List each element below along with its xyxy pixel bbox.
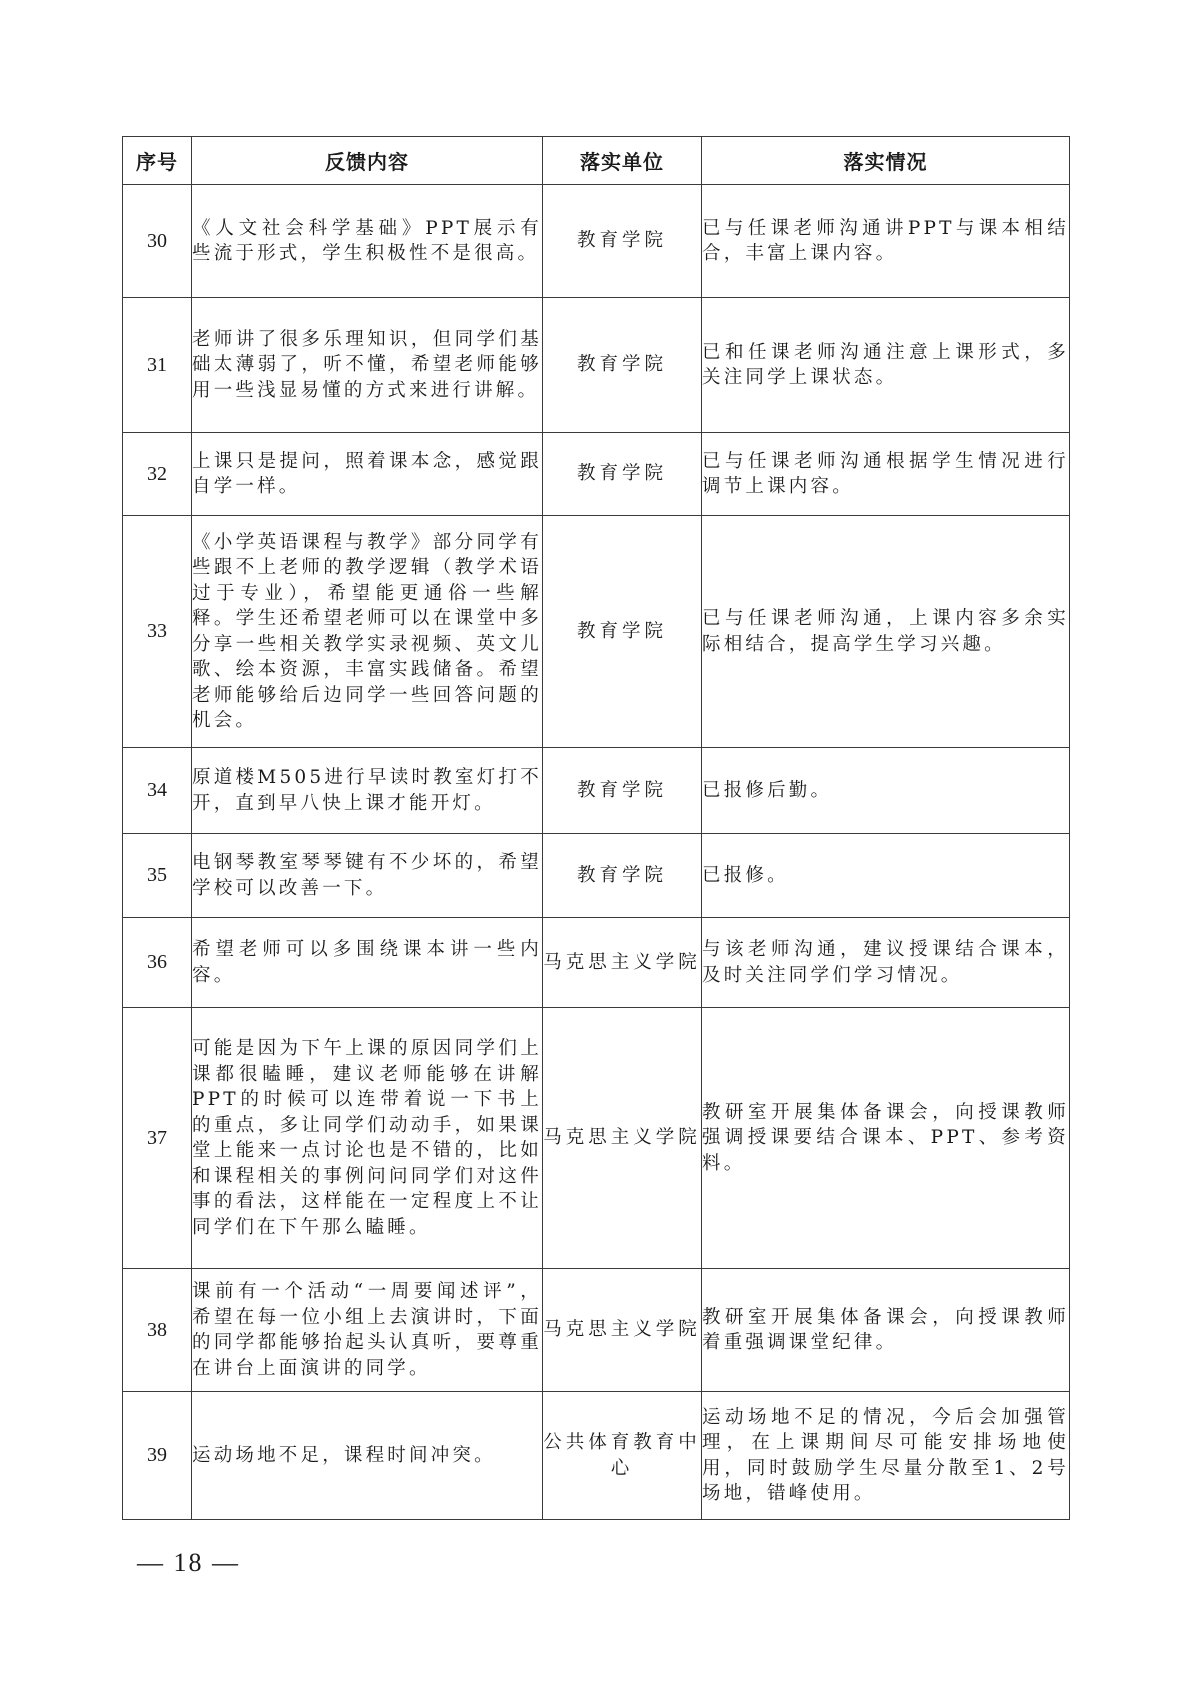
row-serial-number: 33	[123, 516, 192, 748]
row-implementation-status: 教研室开展集体备课会，向授课教师着重强调课堂纪律。	[702, 1269, 1070, 1392]
row-serial-number: 32	[123, 433, 192, 516]
row-responsible-unit: 教育学院	[543, 516, 702, 748]
row-serial-number: 30	[123, 185, 192, 298]
row-implementation-status: 教研室开展集体备课会，向授课教师强调授课要结合课本、PPT、参考资料。	[702, 1008, 1070, 1269]
row-feedback-content: 希望老师可以多围绕课本讲一些内容。	[192, 918, 543, 1008]
row-responsible-unit: 教育学院	[543, 834, 702, 918]
row-responsible-unit: 马克思主义学院	[543, 1008, 702, 1269]
row-feedback-content: 老师讲了很多乐理知识，但同学们基础太薄弱了，听不懂，希望老师能够用一些浅显易懂的…	[192, 298, 543, 433]
row-feedback-content: 可能是因为下午上课的原因同学们上课都很瞌睡，建议老师能够在讲解PPT的时候可以连…	[192, 1008, 543, 1269]
row-implementation-status: 运动场地不足的情况，今后会加强管理，在上课期间尽可能安排场地使用，同时鼓励学生尽…	[702, 1392, 1070, 1520]
header-implementation-status: 落实情况	[702, 137, 1070, 185]
row-serial-number: 35	[123, 834, 192, 918]
row-serial-number: 37	[123, 1008, 192, 1269]
header-serial-number: 序号	[123, 137, 192, 185]
header-responsible-unit: 落实单位	[543, 137, 702, 185]
table-header-row: 序号 反馈内容 落实单位 落实情况	[123, 137, 1070, 185]
table-row: 34 原道楼M505进行早读时教室灯打不开，直到早八快上课才能开灯。 教育学院 …	[123, 748, 1070, 834]
row-feedback-content: 上课只是提问，照着课本念，感觉跟自学一样。	[192, 433, 543, 516]
row-responsible-unit: 教育学院	[543, 748, 702, 834]
row-responsible-unit: 公共体育教育中心	[543, 1392, 702, 1520]
table-row: 36 希望老师可以多围绕课本讲一些内容。 马克思主义学院 与该老师沟通，建议授课…	[123, 918, 1070, 1008]
row-feedback-content: 运动场地不足，课程时间冲突。	[192, 1392, 543, 1520]
row-implementation-status: 已报修。	[702, 834, 1070, 918]
table-row: 35 电钢琴教室琴琴键有不少坏的，希望学校可以改善一下。 教育学院 已报修。	[123, 834, 1070, 918]
row-serial-number: 31	[123, 298, 192, 433]
row-implementation-status: 已与任课老师沟通，上课内容多余实际相结合，提高学生学习兴趣。	[702, 516, 1070, 748]
table-row: 32 上课只是提问，照着课本念，感觉跟自学一样。 教育学院 已与任课老师沟通根据…	[123, 433, 1070, 516]
header-feedback-content: 反馈内容	[192, 137, 543, 185]
feedback-table: 序号 反馈内容 落实单位 落实情况 30 《人文社会科学基础》PPT展示有些流于…	[122, 136, 1070, 1520]
row-implementation-status: 已与任课老师沟通讲PPT与课本相结合，丰富上课内容。	[702, 185, 1070, 298]
table-row: 30 《人文社会科学基础》PPT展示有些流于形式，学生积极性不是很高。 教育学院…	[123, 185, 1070, 298]
table-row: 38 课前有一个活动“一周要闻述评”，希望在每一位小组上去演讲时，下面的同学都能…	[123, 1269, 1070, 1392]
row-responsible-unit: 马克思主义学院	[543, 1269, 702, 1392]
row-feedback-content: 原道楼M505进行早读时教室灯打不开，直到早八快上课才能开灯。	[192, 748, 543, 834]
row-implementation-status: 已和任课老师沟通注意上课形式，多关注同学上课状态。	[702, 298, 1070, 433]
table-row: 31 老师讲了很多乐理知识，但同学们基础太薄弱了，听不懂，希望老师能够用一些浅显…	[123, 298, 1070, 433]
row-feedback-content: 《人文社会科学基础》PPT展示有些流于形式，学生积极性不是很高。	[192, 185, 543, 298]
row-implementation-status: 已报修后勤。	[702, 748, 1070, 834]
row-responsible-unit: 马克思主义学院	[543, 918, 702, 1008]
row-responsible-unit: 教育学院	[543, 185, 702, 298]
table-row: 39 运动场地不足，课程时间冲突。 公共体育教育中心 运动场地不足的情况，今后会…	[123, 1392, 1070, 1520]
row-serial-number: 36	[123, 918, 192, 1008]
row-implementation-status: 已与任课老师沟通根据学生情况进行调节上课内容。	[702, 433, 1070, 516]
row-serial-number: 34	[123, 748, 192, 834]
document-page: 序号 反馈内容 落实单位 落实情况 30 《人文社会科学基础》PPT展示有些流于…	[0, 0, 1191, 1684]
row-serial-number: 39	[123, 1392, 192, 1520]
row-feedback-content: 电钢琴教室琴琴键有不少坏的，希望学校可以改善一下。	[192, 834, 543, 918]
row-responsible-unit: 教育学院	[543, 298, 702, 433]
row-feedback-content: 《小学英语课程与教学》部分同学有些跟不上老师的教学逻辑（教学术语过于专业），希望…	[192, 516, 543, 748]
row-feedback-content: 课前有一个活动“一周要闻述评”，希望在每一位小组上去演讲时，下面的同学都能够抬起…	[192, 1269, 543, 1392]
table-row: 33 《小学英语课程与教学》部分同学有些跟不上老师的教学逻辑（教学术语过于专业）…	[123, 516, 1070, 748]
row-responsible-unit: 教育学院	[543, 433, 702, 516]
row-implementation-status: 与该老师沟通，建议授课结合课本，及时关注同学们学习情况。	[702, 918, 1070, 1008]
table-row: 37 可能是因为下午上课的原因同学们上课都很瞌睡，建议老师能够在讲解PPT的时候…	[123, 1008, 1070, 1269]
row-serial-number: 38	[123, 1269, 192, 1392]
page-number: — 18 —	[137, 1548, 240, 1578]
